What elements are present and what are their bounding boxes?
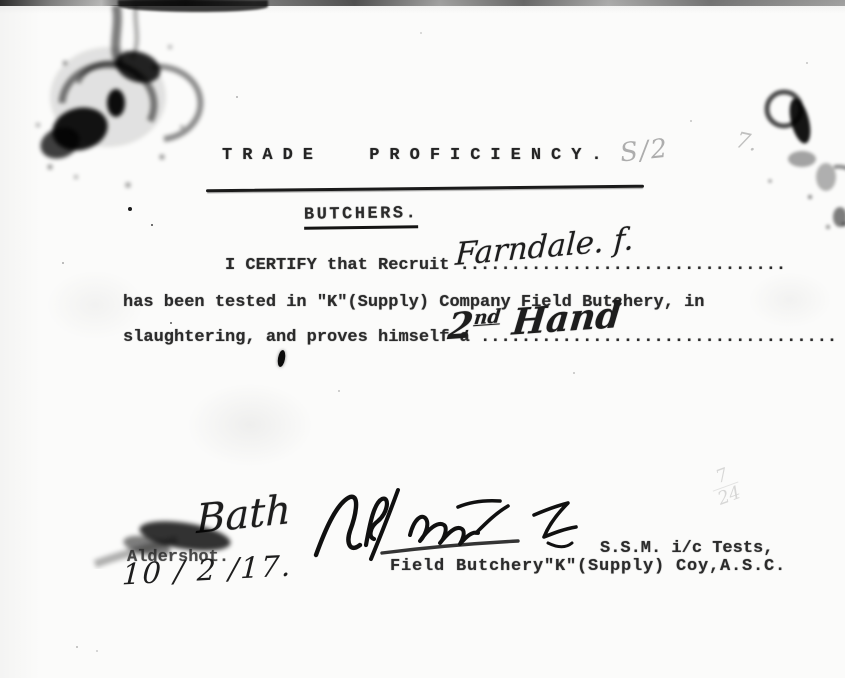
certify-line-prefix: I CERTIFY that Recruit <box>225 256 460 275</box>
page-title: TRADE PROFICIENCY. <box>222 146 612 165</box>
title-underline <box>206 185 644 193</box>
grade-word: Hand <box>498 294 623 345</box>
ink-drop <box>277 350 287 368</box>
pencil-reference-mark: S/2 <box>619 134 671 169</box>
grade-number: 2 <box>446 304 475 348</box>
signed-role: S.S.M. i/c Tests, <box>600 539 773 558</box>
ink-blot-top-left <box>20 5 220 205</box>
ink-blot-top-right <box>740 75 845 245</box>
page-subtitle: BUTCHERS. <box>304 204 419 230</box>
signed-unit: Field Butchery"K"(Supply) Coy,A.S.C. <box>390 557 786 576</box>
scan-specks <box>0 0 2 2</box>
grade-line-prefix: slaughtering, and proves himself a <box>123 328 480 347</box>
scanned-certificate-page: S/2 7. 7 24 TRADE PROFICIENCY. BUTCHERS.… <box>0 0 845 678</box>
pencil-fraction-mark: 7 24 <box>706 463 746 511</box>
grade-ordinal: nd <box>473 305 502 329</box>
